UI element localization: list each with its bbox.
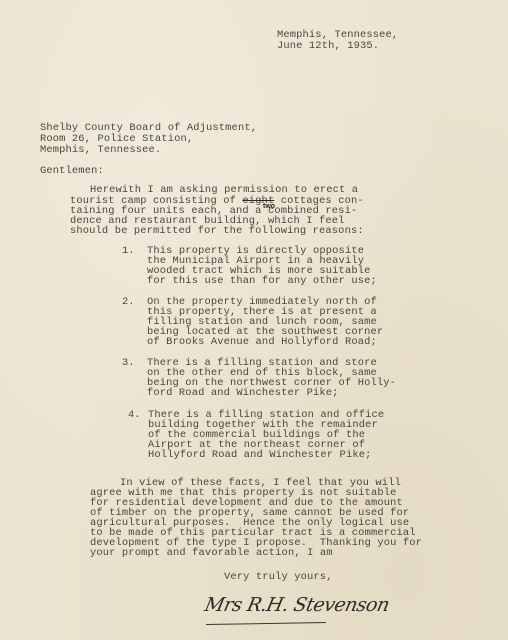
salutation: Gentlemen: <box>40 166 104 176</box>
signature: Mrs R.H. Stevenson <box>204 600 390 610</box>
reason-line: of Brooks Avenue and Hollyford Road; <box>147 337 377 347</box>
reason-line: Hollyford Road and Winchester Pike; <box>148 450 372 460</box>
dateline-city: Memphis, Tennessee, <box>277 30 398 40</box>
letter-page: Memphis, Tennessee, June 12th, 1935. She… <box>0 0 508 640</box>
signature-underline <box>206 622 326 625</box>
recipient-line: Memphis, Tennessee. <box>40 145 161 155</box>
dateline-date: June 12th, 1935. <box>277 41 379 51</box>
conclusion-line: your prompt and favorable action, I am <box>90 548 333 558</box>
reason-number: 3. <box>122 358 134 368</box>
recipient-line: Shelby County Board of Adjustment, <box>40 123 257 133</box>
reason-line: ford Road and Winchester Pike; <box>147 388 339 398</box>
recipient-line: Room 26, Police Station, <box>40 134 193 144</box>
reason-number: 1. <box>122 246 134 256</box>
closing: Very truly yours, <box>224 572 333 582</box>
reason-number: 2. <box>122 297 134 307</box>
reason-number: 4. <box>128 410 140 420</box>
intro-line: should be permitted for the following re… <box>70 226 364 236</box>
reason-line: for this use than for any other use; <box>147 276 377 286</box>
intro-line: Herewith I am asking permission to erect… <box>90 185 358 195</box>
